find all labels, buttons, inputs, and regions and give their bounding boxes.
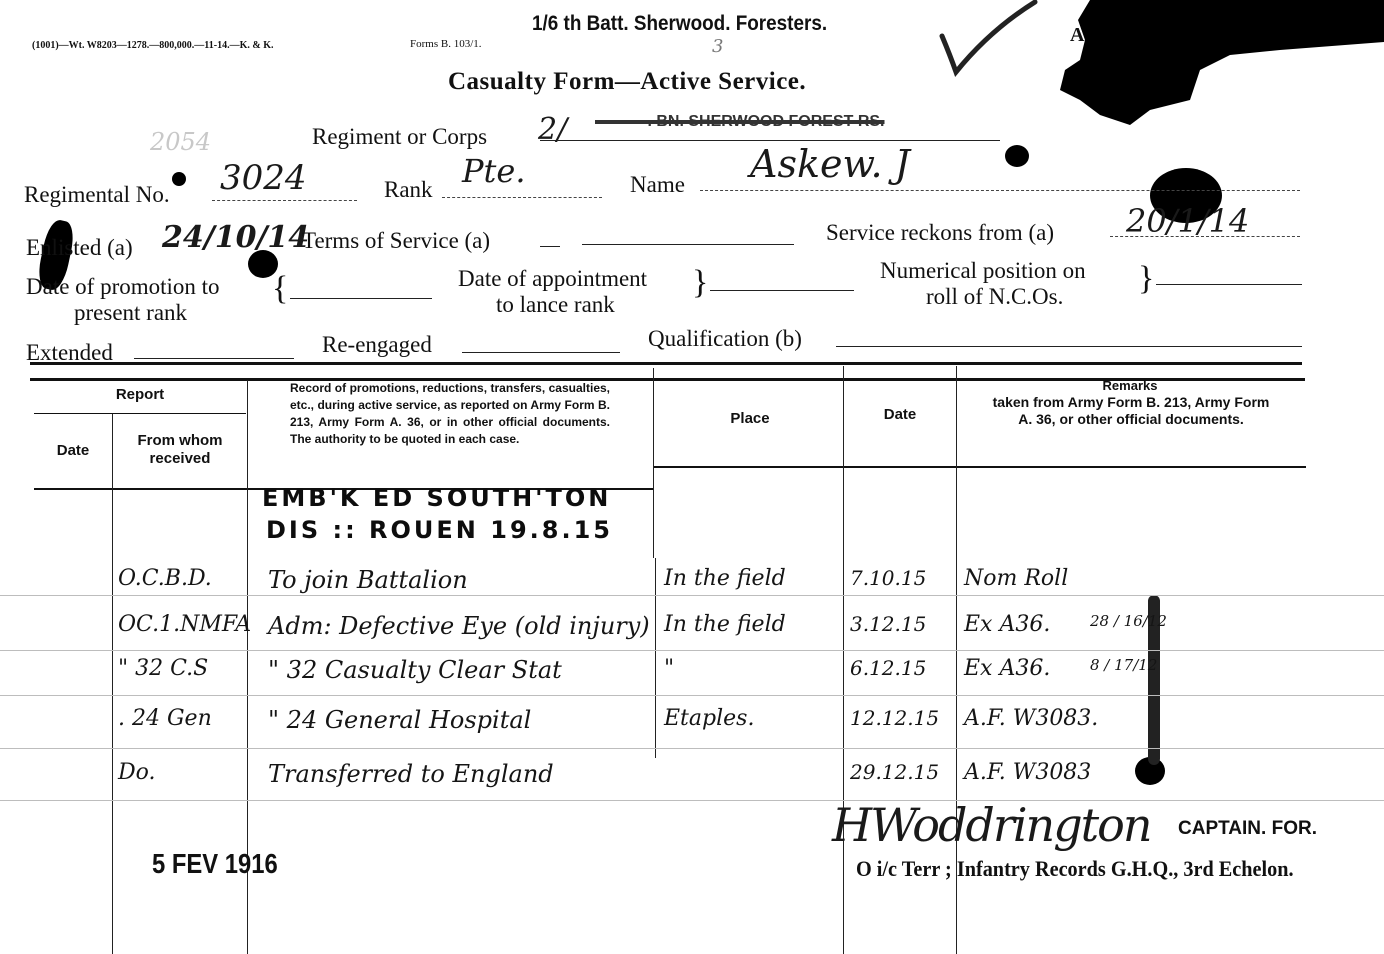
cell-record: " 32 Casualty Clear Stat	[268, 656, 562, 684]
enlisted-label: Enlisted (a)	[26, 235, 133, 261]
appointment-field[interactable]	[710, 290, 854, 291]
brace-icon: }	[692, 266, 708, 300]
header-date2: Date	[846, 406, 954, 423]
unit-stamp-note: 3	[712, 36, 723, 57]
redaction-blot	[1040, 0, 1384, 130]
regiment-field[interactable]	[540, 140, 1000, 141]
cell-date: 12.12.15	[850, 706, 939, 730]
terms-label: Terms of Service (a)	[302, 228, 490, 254]
unit-stamp: 1/6 th Batt. Sherwood. Foresters.	[532, 12, 827, 36]
header-place: Place	[660, 410, 840, 427]
header-from-whom: From whom received	[118, 432, 242, 468]
cell-record: To join Battalion	[268, 566, 468, 594]
appointment-label-1: Date of appointment	[458, 266, 647, 292]
qualification-field[interactable]	[836, 346, 1302, 347]
name-value[interactable]: Askew. J	[750, 142, 910, 186]
brace-icon: }	[1138, 262, 1154, 296]
header-report: Report	[34, 386, 246, 403]
header-date: Date	[34, 442, 112, 459]
brace-icon: {	[272, 272, 288, 306]
terms-field[interactable]	[582, 244, 794, 245]
row-rule	[0, 650, 1384, 651]
regimental-no-label: Regimental No.	[24, 182, 170, 208]
header-record: Record of promotions, reductions, transf…	[290, 380, 610, 448]
appointment-label-2: to lance rank	[496, 292, 615, 318]
captain-line: CAPTAIN. FOR.	[1178, 818, 1317, 840]
extended-field[interactable]	[134, 358, 294, 359]
field-line	[442, 197, 602, 198]
page-title: Casualty Form—Active Service.	[448, 68, 806, 96]
regiment-label: Regiment or Corps	[312, 124, 487, 150]
promotion-field[interactable]	[290, 298, 432, 299]
row-rule	[0, 695, 1384, 696]
cell-remarks: A.F. W3083.	[964, 706, 1098, 731]
check-mark-icon	[930, 0, 1040, 80]
rank-value[interactable]: Pte.	[462, 152, 526, 190]
cell-date: 3.12.15	[850, 612, 926, 636]
records-line: O i/c Terr ; Infantry Records G.H.Q., 3r…	[856, 856, 1294, 882]
service-reckons-value[interactable]: 20/1/14	[1126, 202, 1249, 240]
cell-remarks: Ex A36.	[964, 612, 1050, 637]
cell-from: O.C.B.D.	[118, 566, 212, 591]
nco-field[interactable]	[1156, 284, 1302, 285]
cell-place: In the field	[664, 612, 786, 637]
row-rule	[0, 595, 1384, 596]
enlisted-value[interactable]: 24/10/14	[162, 220, 309, 255]
report-divider	[34, 413, 246, 414]
field-line	[212, 200, 357, 201]
cell-from: . 24 Gen	[118, 706, 212, 731]
row-rule	[0, 748, 1384, 749]
rank-label: Rank	[384, 177, 433, 203]
header-remarks-title: Remarks	[990, 378, 1270, 393]
field-line	[700, 190, 1300, 191]
signature: HWoddrington	[832, 798, 1150, 852]
cell-record: " 24 General Hospital	[268, 706, 531, 734]
qualification-label: Qualification (b)	[648, 326, 802, 352]
col-divider	[653, 368, 654, 558]
cell-remarks: Nom Roll	[964, 566, 1068, 591]
row-rule	[0, 800, 1384, 801]
regiment-prefix: 2/	[538, 112, 567, 147]
header-bottom-rule	[654, 466, 1306, 468]
regimental-no-value[interactable]: 3024	[220, 158, 307, 198]
name-label: Name	[630, 172, 685, 198]
ink-blot	[172, 172, 186, 186]
cell-date: 29.12.15	[850, 760, 939, 784]
nco-label-1: Numerical position on	[880, 258, 1086, 284]
field-line	[1110, 236, 1300, 237]
field-line	[540, 246, 560, 247]
cell-date: 7.10.15	[850, 566, 926, 590]
ink-blot	[1005, 145, 1029, 167]
nco-label-2: roll of N.C.Os.	[926, 284, 1063, 310]
cell-from: Do.	[118, 760, 156, 785]
header-remarks: taken from Army Form B. 213, Army Form A…	[992, 394, 1270, 428]
cell-remarks: A.F. W3083	[964, 760, 1091, 785]
promotion-label-2: present rank	[74, 300, 187, 326]
table-top-rule	[30, 362, 1302, 365]
cell-place: In the field	[664, 566, 786, 591]
date-stamp: 5 FEV 1916	[152, 848, 278, 880]
cell-record: Adm: Defective Eye (old injury)	[268, 612, 650, 640]
form-number: Forms B. 103/1.	[410, 38, 482, 50]
cell-date: 6.12.15	[850, 656, 926, 680]
cell-ref: 8 / 17/12	[1090, 656, 1157, 674]
cell-from: " 32 C.S	[118, 656, 208, 681]
embark-stamp-line-1: EMB'K ED SOUTH'TON	[262, 484, 611, 512]
col-divider	[655, 558, 656, 758]
faint-number: 2054	[150, 128, 211, 156]
reengaged-field[interactable]	[462, 352, 620, 353]
embark-stamp-line-2: DIS :: ROUEN 19.8.15	[266, 516, 613, 544]
cell-record: Transferred to England	[268, 760, 554, 788]
regiment-struck: ——— . BN. SHERWOOD FOREST RS.	[595, 113, 885, 131]
cell-place: "	[664, 656, 674, 681]
promotion-label-1: Date of promotion to	[26, 274, 220, 300]
cell-from: OC.1.NMFA	[118, 612, 251, 637]
printer-line: (1001)—Wt. W8203—1278.—800,000.—11-14.—K…	[32, 40, 273, 51]
col-divider	[112, 414, 113, 954]
cell-ref: 28 / 16/12	[1090, 612, 1167, 630]
cell-place: Etaples.	[664, 706, 754, 731]
reengaged-label: Re-engaged	[322, 332, 432, 358]
col-divider	[843, 366, 844, 954]
cell-remarks: Ex A36.	[964, 656, 1050, 681]
service-reckons-label: Service reckons from (a)	[826, 220, 1054, 246]
